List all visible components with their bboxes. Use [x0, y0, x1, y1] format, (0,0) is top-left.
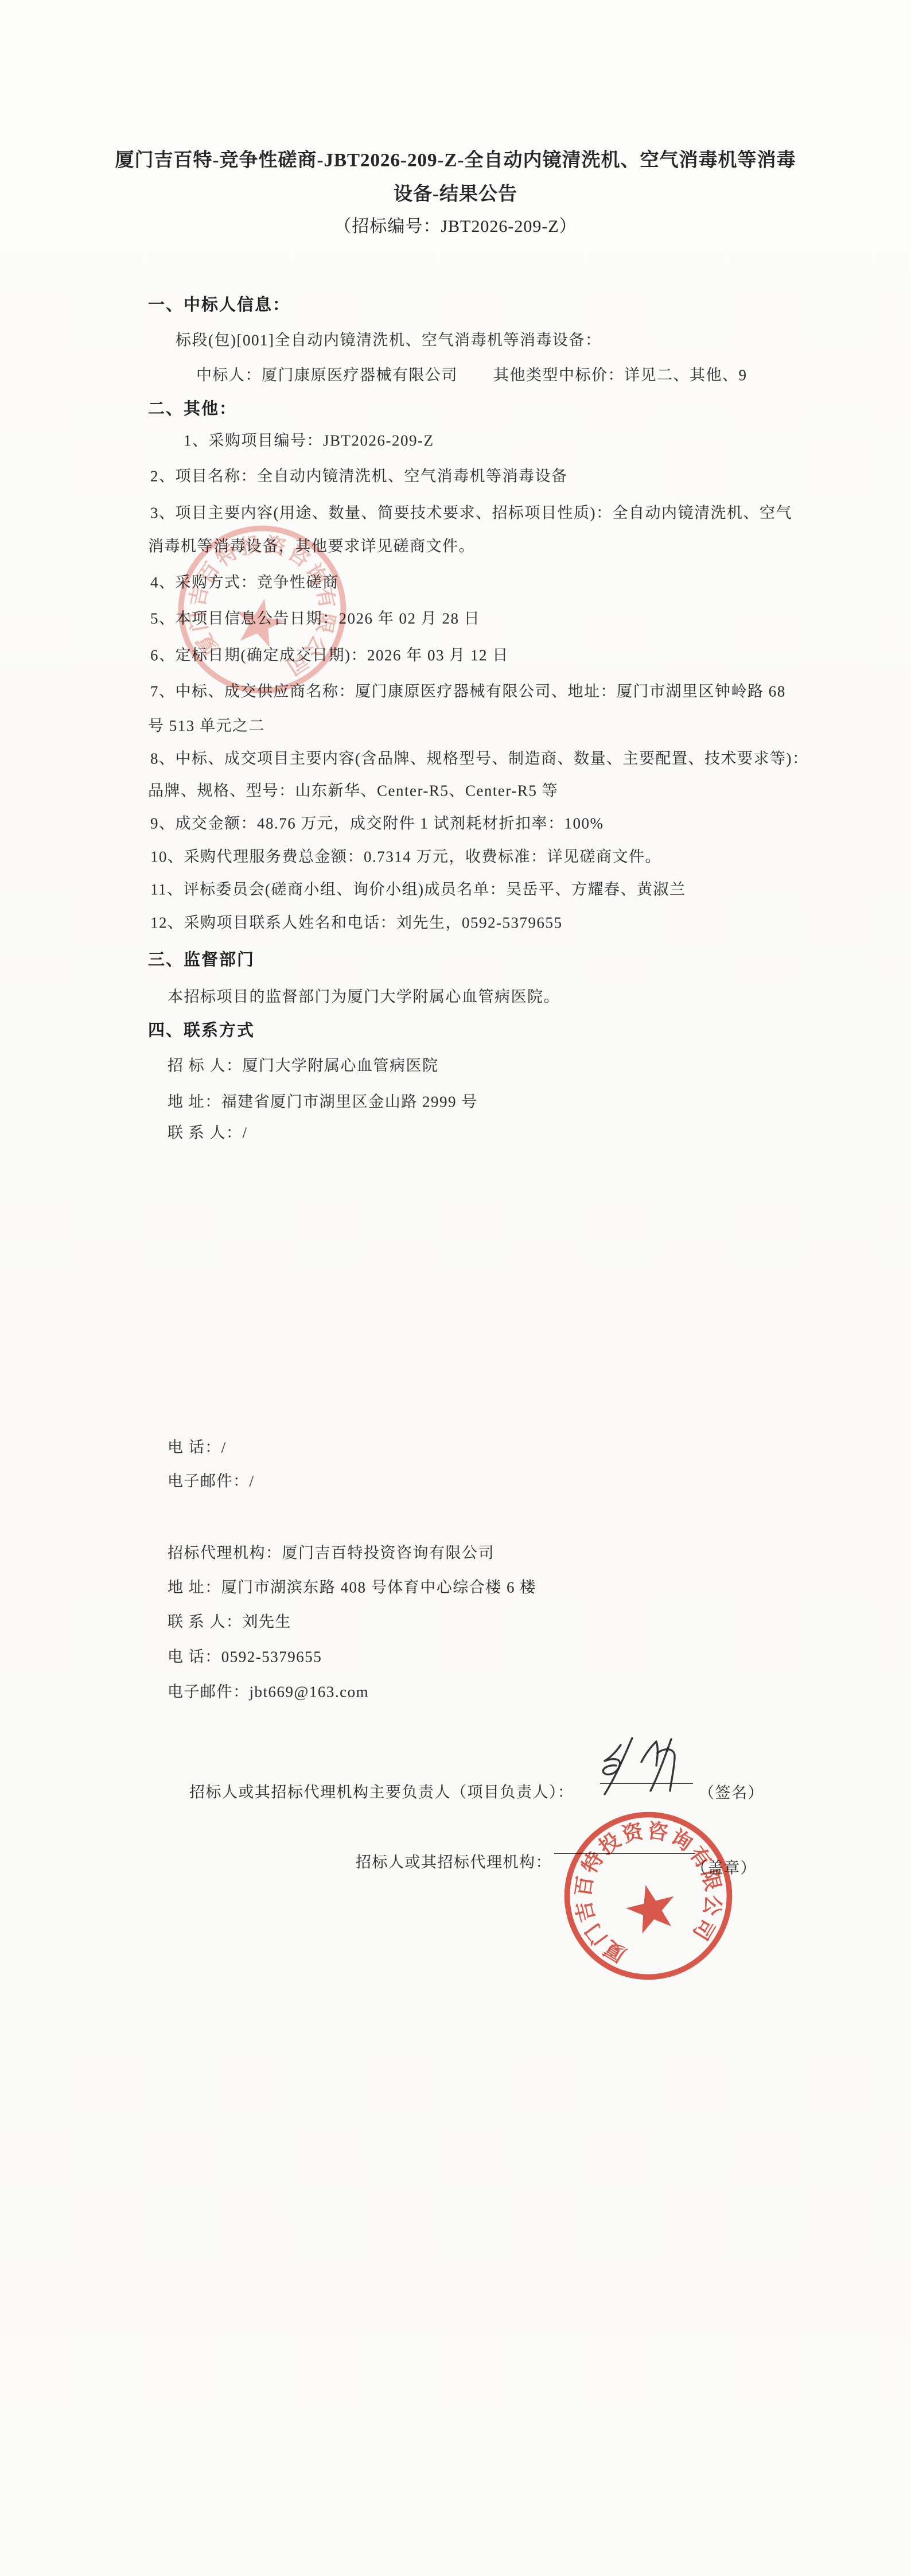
item-9: 9、成交金额：48.76 万元，成交附件 1 试剂耗材折扣率：100%: [150, 811, 604, 833]
item-4: 4、采购方式：竞争性磋商: [150, 570, 339, 592]
other-price-note: 其他类型中标价：详见二、其他、9: [493, 363, 748, 385]
agency-org-line: 招标代理机构：厦门吉百特投资咨询有限公司: [168, 1541, 495, 1563]
section-4-heading: 四、联系方式: [148, 1018, 255, 1041]
company-seal-stamp: [540, 1788, 756, 2004]
item-11: 11、评标委员会(磋商小组、询价小组)成员名单：吴岳平、方耀春、黄淑兰: [150, 877, 686, 899]
item-7-line-2: 号 513 单元之二: [148, 713, 265, 736]
doc-title-line-1: 厦门吉百特-竞争性磋商-JBT2026-209-Z-全自动内镜清洗机、空气消毒机…: [115, 145, 796, 172]
section-2-heading: 二、其他：: [148, 396, 237, 420]
item-2: 2、项目名称：全自动内镜清洗机、空气消毒机等消毒设备: [150, 464, 568, 486]
section-3-heading: 三、监督部门: [148, 947, 255, 971]
item-3-line-1: 3、项目主要内容(用途、数量、简要技术要求、招标项目性质)：全自动内镜清洗机、空…: [150, 501, 792, 523]
agency-contact-line: 联 系 人：刘先生: [168, 1609, 291, 1632]
principal-signature-label: 招标人或其招标代理机构主要负责人（项目负责人）：: [189, 1780, 574, 1802]
item-5: 5、本项目信息公告日期：2026 年 02 月 28 日: [150, 606, 480, 629]
tenderer-phone-line: 电 话：/: [168, 1435, 227, 1457]
section-1-heading: 一、中标人信息：: [148, 292, 290, 316]
item-1: 1、采购项目编号：JBT2026-209-Z: [184, 428, 434, 451]
tenderer-name-line: 招 标 人：厦门大学附属心血管病医院: [168, 1053, 439, 1076]
doc-tender-number: （招标编号：JBT2026-209-Z）: [334, 212, 577, 237]
tenderer-contact-line: 联 系 人：/: [168, 1120, 248, 1143]
item-10: 10、采购代理服务费总金额：0.7314 万元，收费标准：详见磋商文件。: [150, 844, 661, 867]
doc-title-line-2: 设备-结果公告: [394, 179, 517, 206]
sign-note: （签名）: [699, 1780, 764, 1803]
item-8-line-2: 品牌、规格、型号：山东新华、Center-R5、Center-R5 等: [148, 778, 558, 801]
org-seal-label: 招标人或其招标代理机构：: [356, 1850, 552, 1872]
item-6: 6、定标日期(确定成交日期)：2026 年 03 月 12 日: [150, 643, 509, 665]
supervision-body: 本招标项目的监督部门为厦门大学附属心血管病医院。: [168, 984, 560, 1007]
tenderer-address-line: 地 址：福建省厦门市湖里区金山路 2999 号: [168, 1089, 478, 1112]
scanned-document-page: 厦门吉百特-竞争性磋商-JBT2026-209-Z-全自动内镜清洗机、空气消毒机…: [0, 0, 911, 2576]
agency-address-line: 地 址：厦门市湖滨东路 408 号体育中心综合楼 6 楼: [168, 1575, 536, 1597]
seal-underline: [554, 1853, 695, 1854]
agency-email-line: 电子邮件：jbt669@163.com: [168, 1679, 369, 1702]
item-12: 12、采购项目联系人姓名和电话：刘先生，0592-5379655: [150, 910, 563, 933]
handwritten-signature: [591, 1732, 706, 1807]
winner-line: 中标人：厦门康原医疗器械有限公司: [196, 363, 458, 385]
seal-note: （盖章）: [691, 1856, 757, 1878]
agency-phone-line: 电 话：0592-5379655: [168, 1644, 322, 1667]
item-3-line-2: 消毒机等消毒设备，其他要求详见磋商文件。: [148, 534, 475, 556]
item-7-line-1: 7、中标、成交供应商名称：厦门康原医疗器械有限公司、地址：厦门市湖里区钟岭路 6…: [150, 679, 786, 701]
item-8-line-1: 8、中标、成交项目主要内容(含品牌、规格型号、制造商、数量、主要配置、技术要求等…: [150, 746, 808, 769]
tenderer-email-line: 电子邮件：/: [168, 1469, 255, 1491]
lot-line: 标段(包)[001]全自动内镜清洗机、空气消毒机等消毒设备：: [176, 328, 601, 350]
